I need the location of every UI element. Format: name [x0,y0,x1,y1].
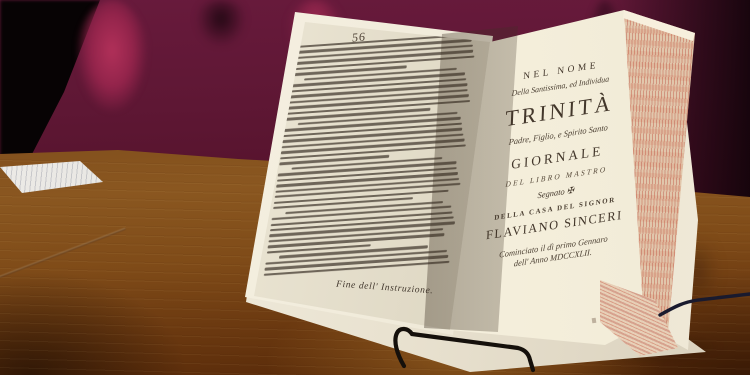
power-cable [660,294,750,315]
photo-stage: 56 Fine dell' Instruzione. NEL NOME Dell… [0,0,750,375]
foreground-overlay [0,0,750,375]
book-stand-front-bar [395,329,533,370]
